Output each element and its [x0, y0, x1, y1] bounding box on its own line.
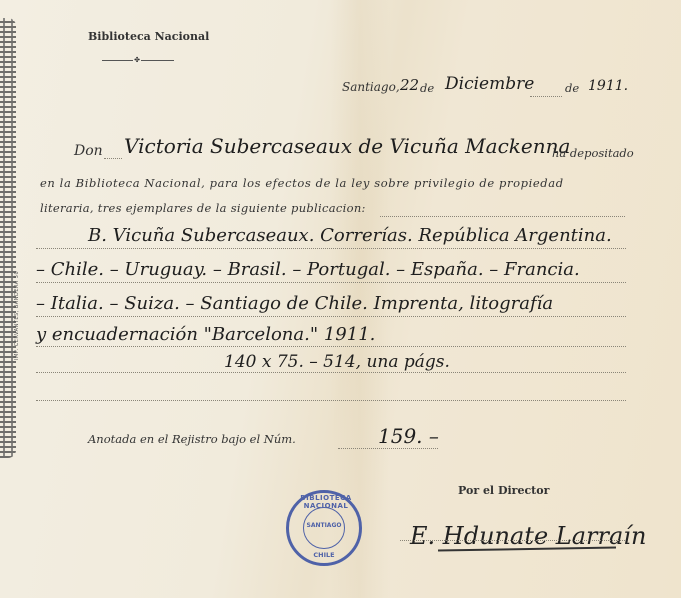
decorative-border — [0, 18, 16, 458]
publication-line: 140 x 75. – 514, una págs. — [224, 352, 450, 372]
date-year: 1911. — [588, 78, 628, 94]
date-de: de — [420, 81, 434, 95]
date-city: Santiago, — [342, 80, 400, 94]
depositor-prefix: Don — [74, 143, 103, 159]
header-divider: ✤ — [102, 60, 174, 61]
date-month: Diciembre — [445, 74, 534, 94]
printer-imprint: IMP. CERVANTES, BANDERA 50 — [14, 271, 20, 360]
publication-line: – Chile. – Uruguay. – Brasil. – Portugal… — [36, 259, 580, 280]
depositor-suffix: ha depositado — [552, 146, 634, 160]
registry-label: Anotada en el Rejistro bajo el Núm. — [88, 432, 296, 446]
depositor-name: Victoria Subercaseaux de Vicuña Mackenna — [124, 134, 570, 158]
body-line-2: en la Biblioteca Nacional, para los efec… — [40, 176, 564, 190]
date-de-2: de — [565, 81, 579, 95]
stamp-ring-bottom: CHILE — [289, 551, 359, 559]
registry-number: 159. – — [378, 424, 439, 448]
date-day: 22 — [400, 76, 419, 94]
publication-line: B. Vicuña Subercaseaux. Correrías. Repúb… — [88, 225, 612, 246]
stamp-center: SANTIAGO — [289, 522, 359, 529]
body-line-3: literaria, tres ejemplares de la siguien… — [40, 201, 366, 215]
signature-label: Por el Director — [458, 484, 549, 497]
library-stamp: BIBLIOTECA NACIONAL SANTIAGO CHILE — [286, 490, 362, 566]
institution-header: Biblioteca Nacional — [88, 30, 209, 43]
publication-line: y encuadernación "Barcelona." 1911. — [36, 324, 375, 345]
publication-line: – Italia. – Suiza. – Santiago de Chile. … — [36, 293, 553, 314]
ornament-icon: ✤ — [133, 57, 141, 64]
